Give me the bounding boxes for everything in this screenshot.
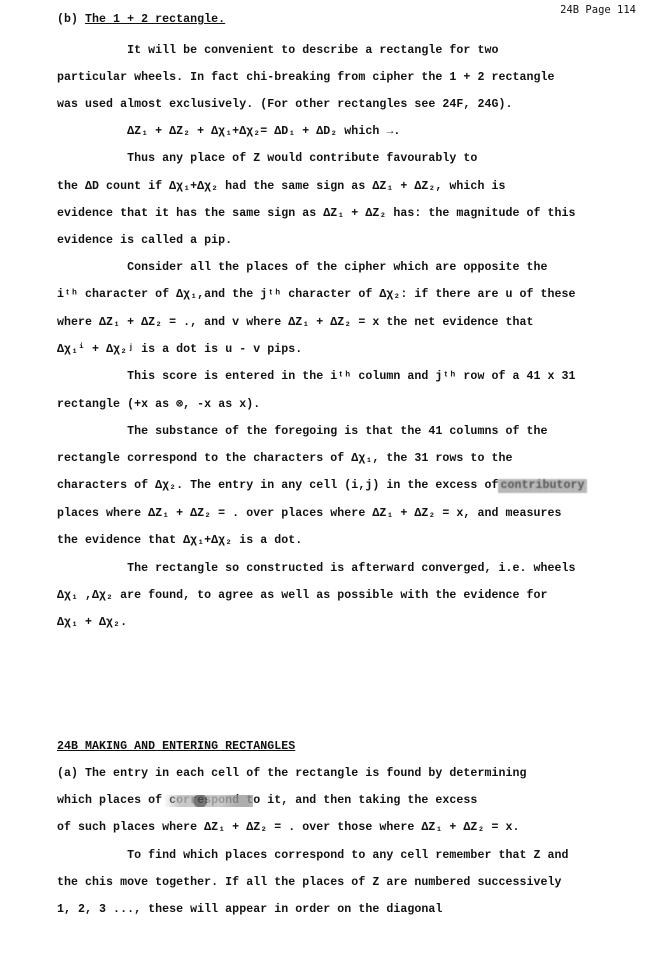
text-line: iᵗʰ character of Δχ₁,and the jᵗʰ charact… [57, 288, 576, 302]
section-24b-heading: 24B MAKING AND ENTERING RECTANGLES [57, 740, 295, 754]
text-line: This score is entered in the iᵗʰ column … [57, 370, 576, 384]
text-line: was used almost exclusively. (For other … [57, 98, 512, 112]
text-line: The rectangle so constructed is afterwar… [57, 562, 576, 576]
text-line: places where ΔZ₁ + ΔZ₂ = . over places w… [57, 507, 562, 521]
text-line: The substance of the foregoing is that t… [57, 425, 548, 439]
text-line: evidence that it has the same sign as ΔZ… [57, 207, 576, 221]
text-line: evidence is called a pip. [57, 234, 232, 248]
text-line: Thus any place of Z would contribute fav… [57, 152, 477, 166]
text-line: Δχ₁ ,Δχ₂ are found, to agree as well as … [57, 589, 548, 603]
page-label: 24B Page 114 [560, 4, 636, 16]
text-line: rectangle (+x as ⊗, -x as x). [57, 398, 260, 412]
text-line: 1, 2, 3 ..., these will appear in order … [57, 903, 442, 917]
text-line: Consider all the places of the cipher wh… [57, 261, 548, 275]
section-b-title: The 1 + 2 rectangle. [85, 13, 225, 26]
text-line: ΔZ₁ + ΔZ₂ + Δχ₁+Δχ₂= ΔD₁ + ΔD₂ which →. [57, 125, 400, 139]
smudge-mark [165, 795, 253, 807]
text-line: To find which places correspond to any c… [57, 849, 569, 863]
section-b-heading: (b) The 1 + 2 rectangle. [57, 13, 225, 27]
text-line: particular wheels. In fact chi-breaking … [57, 71, 555, 85]
text-line: Δχ₁ + Δχ₂. [57, 616, 127, 630]
text-line: It will be convenient to describe a rect… [57, 44, 498, 58]
text-line: the chis move together. If all the place… [57, 876, 562, 890]
text-line: the ΔD count if Δχ₁+Δχ₂ had the same sig… [57, 180, 505, 194]
text-line: the evidence that Δχ₁+Δχ₂ is a dot. [57, 534, 302, 548]
text-line: Δχ₁ⁱ + Δχ₂ʲ is a dot is u - v pips. [57, 343, 302, 357]
text-line: characters of Δχ₂. The entry in any cell… [57, 479, 587, 493]
section-b-label: (b) [57, 13, 85, 26]
redacted-word: contributory [498, 479, 586, 493]
text-line: (a) The entry in each cell of the rectan… [57, 767, 527, 781]
text-line: rectangle correspond to the characters o… [57, 452, 512, 466]
text-line: where ΔZ₁ + ΔZ₂ = ., and v where ΔZ₁ + Δ… [57, 316, 534, 330]
text-line: of such places where ΔZ₁ + ΔZ₂ = . over … [57, 821, 520, 835]
text-line: which places of correspond to it, and th… [57, 794, 477, 808]
